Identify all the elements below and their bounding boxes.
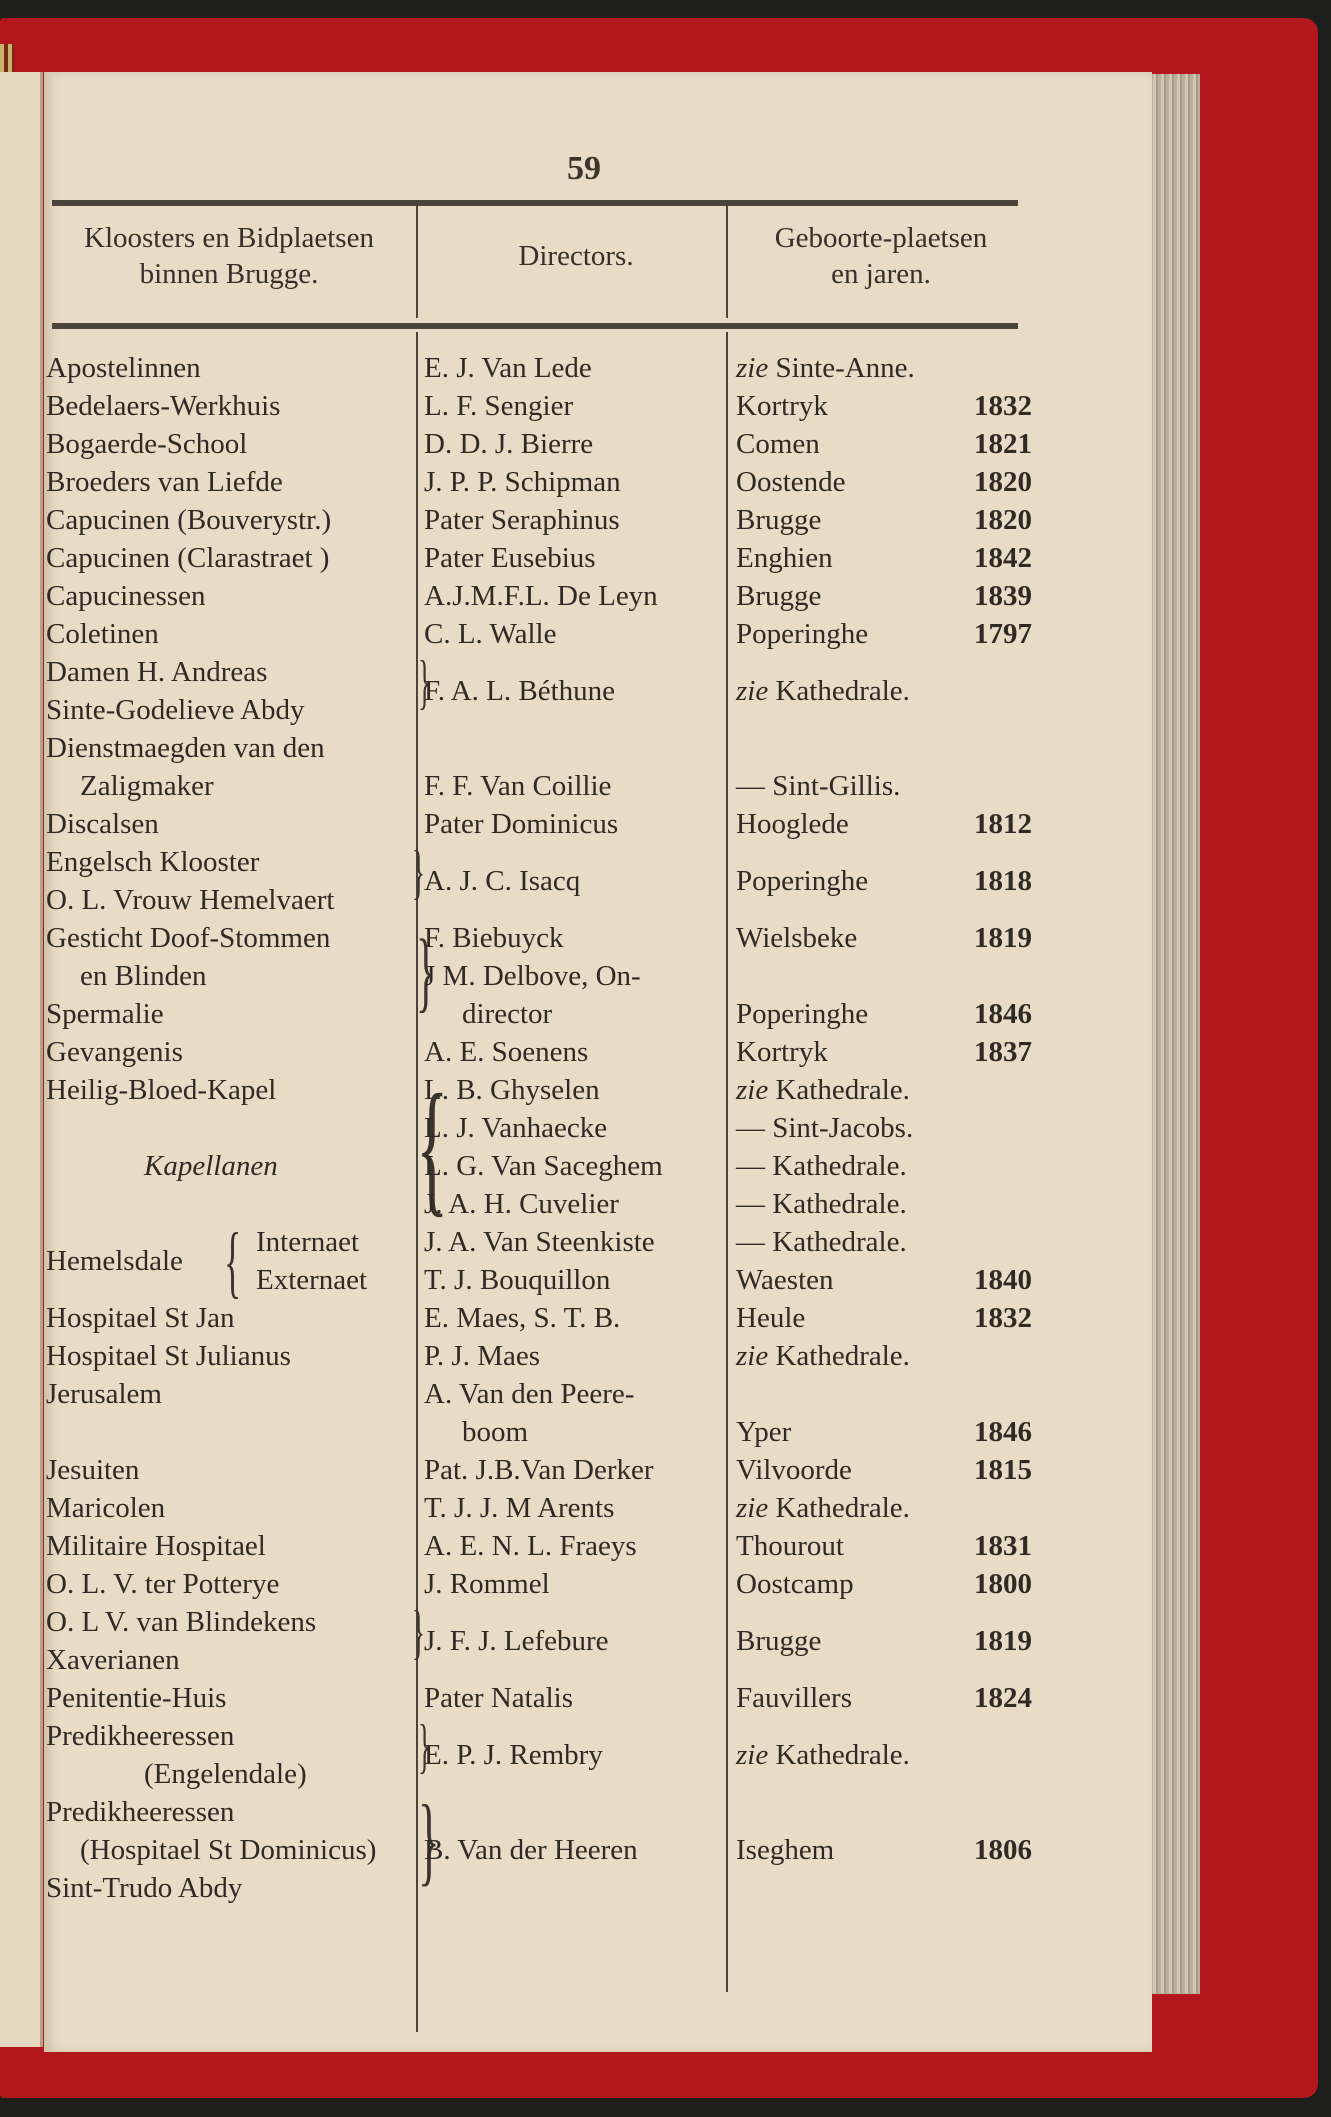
table-row: Hospitael St Julianus P. J. Maes zie Kat…	[44, 1337, 1044, 1375]
table-row: Broeders van Liefde J. P. P. Schipman Oo…	[44, 463, 1044, 501]
table-row: Jesuiten Pat. J.B.Van Derker Vilvoorde 1…	[44, 1451, 1044, 1489]
header-directors: Directors.	[420, 238, 732, 274]
table-row: Jerusalem A. Van den Peere-	[44, 1375, 1044, 1413]
table-row: Militaire Hospitael A. E. N. L. Fraeys T…	[44, 1527, 1044, 1565]
header-institutions: Kloosters en Bidplaetsen binnen Brugge.	[44, 220, 414, 292]
header-bottom-rule	[52, 323, 1018, 329]
page-number: 59	[44, 150, 1124, 188]
table-row: Sinte-Godelieve Abdy	[44, 691, 1044, 729]
table-row: Gesticht Doof-Stommen F. Biebuyck Wielsb…	[44, 919, 1044, 957]
table-row: Discalsen Pater Dominicus Hooglede 1812	[44, 805, 1044, 843]
table-row: Maricolen T. J. J. M Arents zie Kathedra…	[44, 1489, 1044, 1527]
table-row: en Blinden J M. Delbove, On-	[44, 957, 1044, 995]
table-row: Penitentie-Huis Pater Natalis Fauvillers…	[44, 1679, 1044, 1717]
table-row: Dienstmaegden van den	[44, 729, 1044, 767]
header-divider-2	[726, 206, 728, 318]
table-row: Apostelinnen E. J. Van Lede zie Sinte-An…	[44, 349, 1044, 387]
table-row: Heilig-Bloed-Kapel L. B. Ghyselen zie Ka…	[44, 1071, 1044, 1109]
table-row: Capucinessen A.J.M.F.L. De Leyn Brugge 1…	[44, 577, 1044, 615]
table-row: Xaverianen	[44, 1641, 1044, 1679]
table-row: Predikheeressen	[44, 1793, 1044, 1831]
table-row: Coletinen C. L. Walle Poperinghe 1797	[44, 615, 1044, 653]
table-row: Capucinen (Bouverystr.) Pater Seraphinus…	[44, 501, 1044, 539]
table-row: boom Yper 1846	[44, 1413, 1044, 1451]
header-birthplaces: Geboorte-plaetsen en jaren.	[736, 220, 1026, 292]
table-row: Bogaerde-School D. D. J. Bierre Comen 18…	[44, 425, 1044, 463]
table-row: Externaet T. J. Bouquillon Waesten 1840	[44, 1261, 1044, 1299]
table-row: Spermalie director Poperinghe 1846	[44, 995, 1044, 1033]
book-page: 59 Kloosters en Bidplaetsen binnen Brugg…	[44, 72, 1152, 2052]
table-row: Zaligmaker F. F. Van Coillie — Sint-Gill…	[44, 767, 1044, 805]
spine-headband	[0, 44, 14, 74]
table-row: J. A. H. Cuvelier — Kathedrale.	[44, 1185, 1044, 1223]
table-row: Kapellanen L. G. Van Saceghem — Kathedra…	[44, 1147, 1044, 1185]
header-top-rule	[52, 200, 1018, 206]
table-row: L. J. Vanhaecke — Sint-Jacobs.	[44, 1109, 1044, 1147]
table-row: (Hospitael St Dominicus) B. Van der Heer…	[44, 1831, 1044, 1869]
header-divider-1	[416, 206, 418, 318]
table-row: (Engelendale)	[44, 1755, 1044, 1793]
table-row: Capucinen (Clarastraet ) Pater Eusebius …	[44, 539, 1044, 577]
page-edges	[1150, 74, 1200, 1994]
table-row: Bedelaers-Werkhuis L. F. Sengier Kortryk…	[44, 387, 1044, 425]
table-row: O. L. V. ter Potterye J. Rommel Oostcamp…	[44, 1565, 1044, 1603]
table-row: O. L. Vrouw Hemelvaert	[44, 881, 1044, 919]
table-row: Hospitael St Jan E. Maes, S. T. B. Heule…	[44, 1299, 1044, 1337]
table-row: Internaet J. A. Van Steenkiste — Kathedr…	[44, 1223, 1044, 1261]
table-row: Gevangenis A. E. Soenens Kortryk 1837	[44, 1033, 1044, 1071]
previous-page-edge	[0, 72, 43, 2047]
table-row: Sint-Trudo Abdy	[44, 1869, 1044, 1907]
